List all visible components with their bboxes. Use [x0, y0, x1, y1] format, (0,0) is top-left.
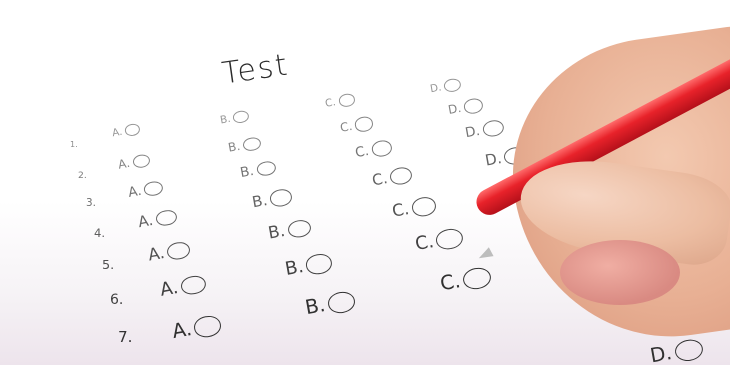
answer-bubble[interactable] [255, 159, 277, 177]
answer-option[interactable]: A. [170, 312, 222, 343]
option-letter: D. [484, 149, 503, 170]
option-letter: B. [227, 139, 241, 155]
answer-bubble[interactable] [435, 227, 464, 251]
answer-option[interactable]: C. [339, 115, 374, 135]
answer-option[interactable]: C. [438, 264, 492, 296]
answer-option[interactable]: C. [371, 165, 414, 190]
answer-option[interactable]: A. [117, 152, 151, 171]
answer-bubble[interactable] [410, 196, 437, 218]
answer-option[interactable]: B. [251, 187, 293, 212]
answer-option[interactable]: A. [111, 123, 141, 140]
answer-bubble[interactable] [232, 110, 249, 125]
answer-option[interactable]: A. [137, 207, 178, 231]
answer-bubble[interactable] [481, 119, 504, 138]
answer-bubble[interactable] [179, 274, 207, 297]
answer-bubble[interactable] [354, 116, 374, 133]
option-letter: C. [391, 199, 411, 221]
answer-option[interactable]: C. [354, 139, 393, 161]
option-letter: C. [414, 231, 436, 255]
test-sheet-photo: Test 1.A.B.C.D.2.A.B.C.D.3.A.B.C.D.4.A.B… [0, 0, 730, 365]
option-letter: D. [464, 123, 481, 141]
option-letter: C. [324, 96, 336, 110]
option-letter: A. [170, 317, 193, 343]
answer-bubble[interactable] [269, 188, 293, 208]
answer-bubble[interactable] [132, 153, 151, 169]
option-letter: B. [284, 256, 306, 280]
answer-bubble[interactable] [143, 180, 164, 198]
answer-option[interactable]: C. [324, 93, 356, 111]
answer-bubble[interactable] [463, 97, 484, 115]
option-letter: D. [447, 101, 462, 117]
answer-option[interactable]: A. [147, 238, 192, 264]
option-letter: C. [438, 269, 462, 295]
question-number: 6. [110, 292, 123, 308]
answer-bubble[interactable] [242, 136, 262, 152]
option-letter: B. [239, 163, 255, 181]
answer-bubble[interactable] [155, 208, 178, 227]
answer-option[interactable]: B. [239, 159, 277, 181]
option-letter: B. [303, 293, 327, 319]
answer-option[interactable]: A. [127, 179, 164, 201]
answer-option[interactable]: B. [227, 135, 262, 155]
question-number: 7. [118, 328, 133, 346]
question-number: 3. [86, 197, 96, 209]
answer-bubble[interactable] [337, 93, 355, 108]
question-number: 5. [102, 258, 114, 273]
answer-bubble[interactable] [443, 77, 462, 93]
answer-option[interactable]: B. [303, 288, 356, 319]
option-letter: C. [371, 169, 389, 189]
answer-option[interactable]: D. [429, 77, 462, 95]
option-letter: B. [251, 191, 269, 211]
answer-option[interactable]: B. [219, 110, 250, 127]
option-letter: D. [648, 341, 673, 365]
answer-bubble[interactable] [673, 337, 705, 363]
answer-option[interactable]: B. [284, 251, 334, 280]
question-number: 1. [70, 140, 78, 149]
finger [560, 240, 680, 305]
option-letter: B. [219, 113, 231, 127]
question-number: 4. [94, 226, 105, 240]
option-letter: A. [111, 126, 123, 140]
option-letter: A. [117, 156, 131, 172]
answer-option[interactable]: A. [159, 272, 208, 301]
answer-bubble[interactable] [286, 218, 312, 240]
option-letter: C. [339, 119, 353, 135]
option-letter: A. [159, 277, 180, 301]
answer-bubble[interactable] [389, 166, 414, 186]
answer-bubble[interactable] [305, 252, 333, 275]
question-number: 2. [78, 170, 87, 181]
answer-bubble[interactable] [124, 123, 141, 137]
option-letter: A. [137, 211, 155, 231]
answer-option[interactable]: D. [464, 119, 505, 141]
option-letter: B. [267, 221, 287, 243]
answer-option[interactable]: D. [447, 97, 484, 118]
option-letter: A. [127, 183, 143, 201]
answer-bubble[interactable] [193, 314, 223, 339]
answer-bubble[interactable] [370, 139, 393, 158]
answer-bubble[interactable] [326, 290, 356, 315]
option-letter: C. [354, 143, 370, 161]
answer-option[interactable]: C. [391, 194, 438, 221]
answer-option[interactable]: D. [648, 336, 704, 365]
option-letter: D. [429, 81, 442, 95]
answer-bubble[interactable] [166, 240, 191, 261]
answer-option[interactable]: B. [267, 216, 313, 243]
answer-bubble[interactable] [461, 266, 492, 292]
answer-option[interactable]: C. [414, 226, 464, 255]
option-letter: A. [147, 243, 166, 265]
